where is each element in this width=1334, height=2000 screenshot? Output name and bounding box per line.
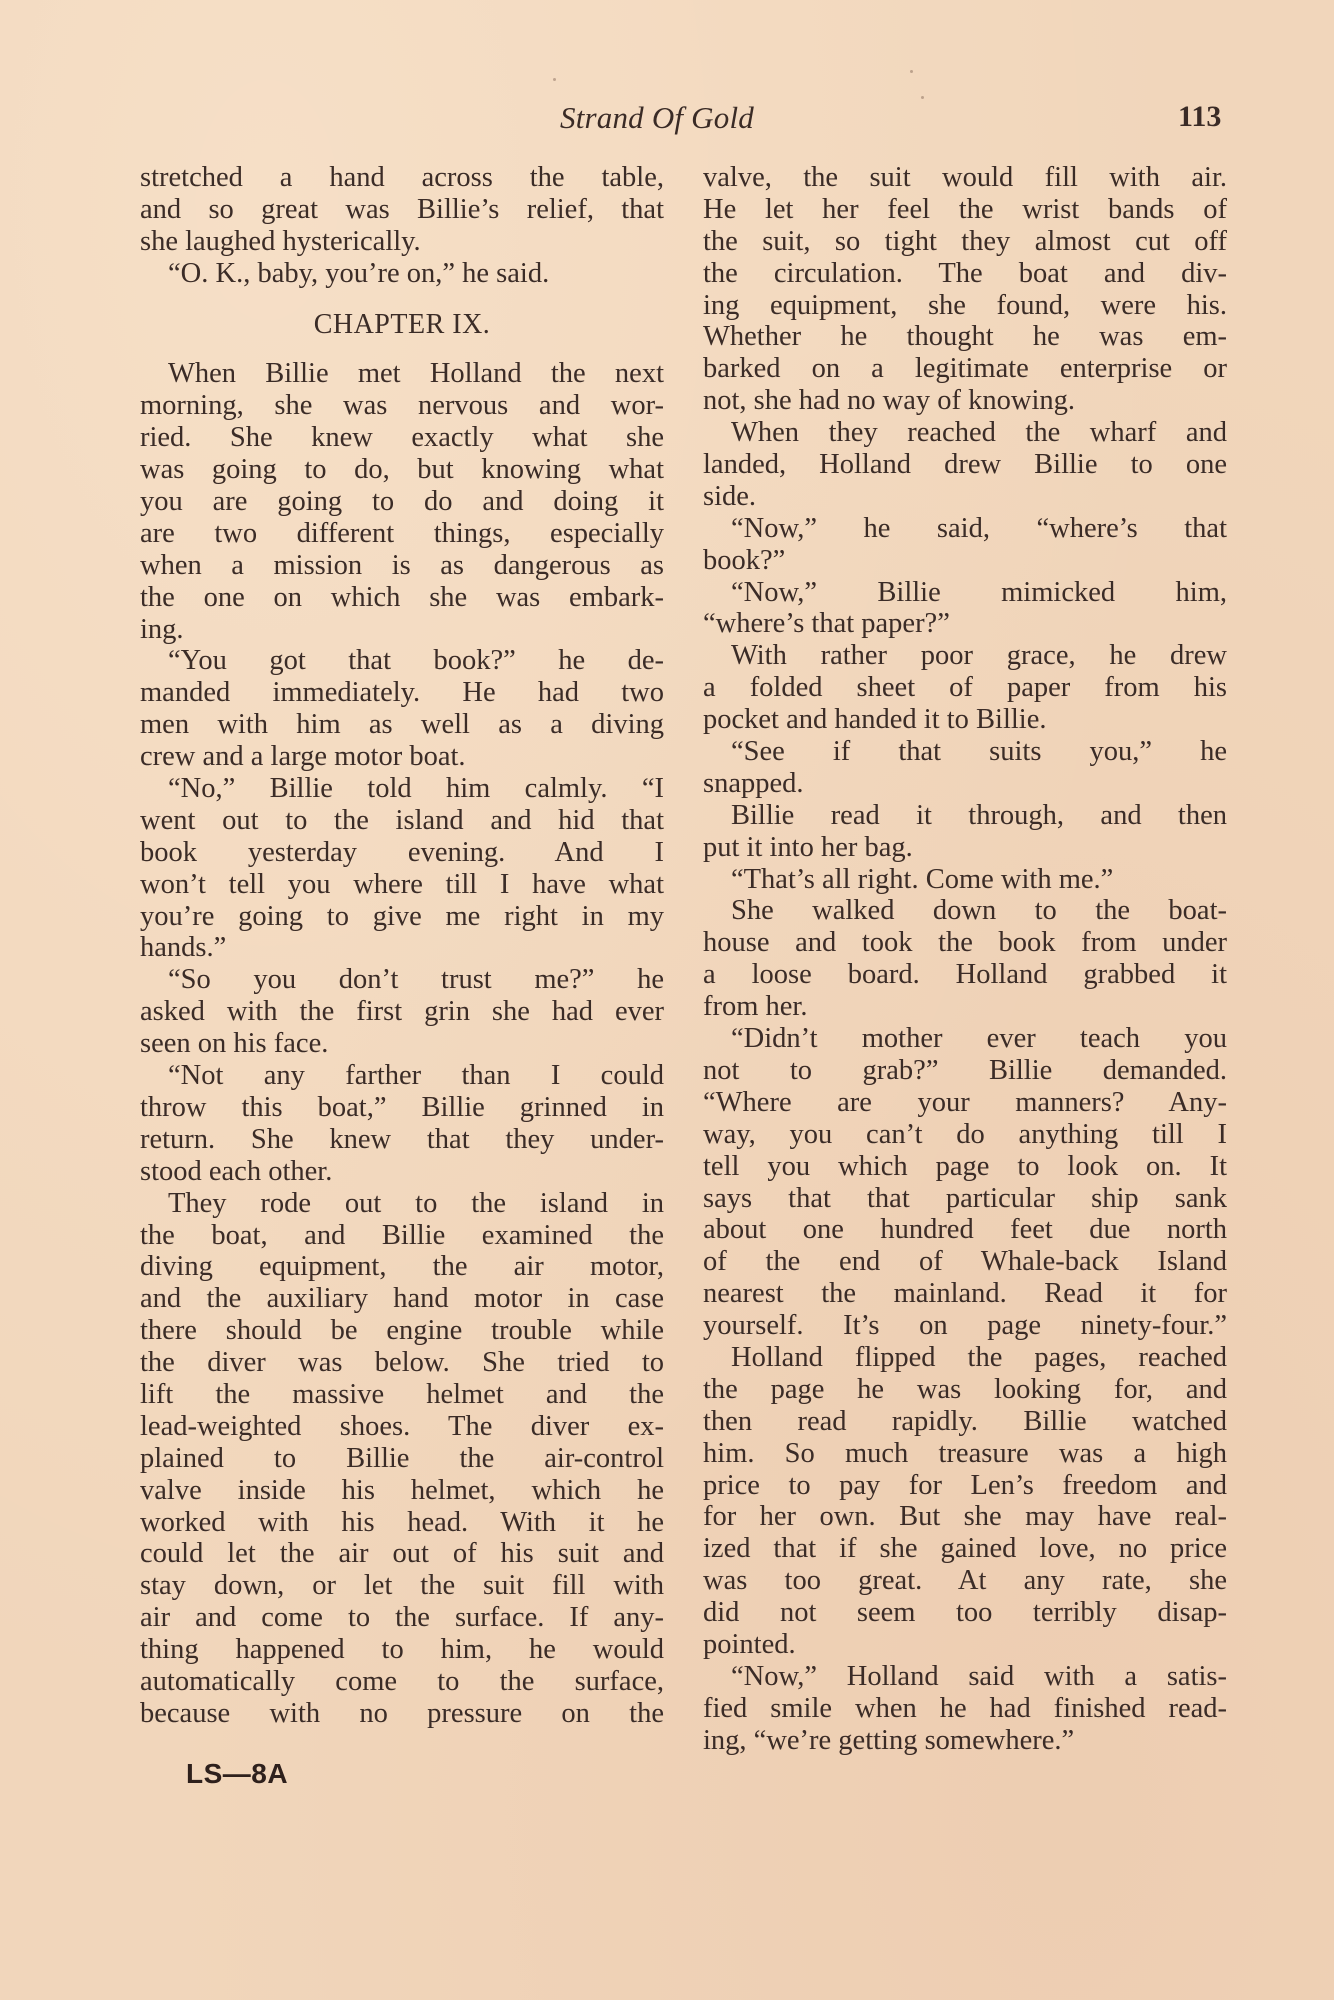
chapter-heading: CHAPTER IX. [140, 309, 664, 341]
text-line: lift the massive helmet and the [140, 1379, 664, 1411]
text-line: ized that if she gained love, no price [703, 1533, 1227, 1565]
text-line: “So you don’t trust me?” he [140, 964, 664, 996]
text-line: could let the air out of his suit and [140, 1538, 664, 1570]
text-line: morning, she was nervous and wor- [140, 390, 664, 422]
text-line: Billie read it through, and then [703, 800, 1227, 832]
text-line: was going to do, but knowing what [140, 454, 664, 486]
text-line: nearest the mainland. Read it for [703, 1278, 1227, 1310]
text-line: for her own. But she may have real- [703, 1501, 1227, 1533]
text-line: side. [703, 481, 1227, 513]
text-line: she laughed hysterically. [140, 226, 664, 258]
text-line: did not seem too terribly disap- [703, 1597, 1227, 1629]
text-line: return. She knew that they under- [140, 1124, 664, 1156]
text-line: plained to Billie the air-control [140, 1443, 664, 1475]
magazine-page: Strand Of Gold 113 stretched a hand acro… [0, 0, 1334, 2000]
text-line: “Now,” Billie mimicked him, [703, 577, 1227, 609]
text-line: “where’s that paper?” [703, 608, 1227, 640]
text-line: a loose board. Holland grabbed it [703, 959, 1227, 991]
text-line: the suit, so tight they almost cut off [703, 226, 1227, 258]
text-line: manded immediately. He had two [140, 677, 664, 709]
text-line: yourself. It’s on page ninety-four.” [703, 1310, 1227, 1342]
text-line: ried. She knew exactly what she [140, 422, 664, 454]
text-line: not, she had no way of knowing. [703, 385, 1227, 417]
text-line: there should be engine trouble while [140, 1315, 664, 1347]
text-line: With rather poor grace, he drew [703, 640, 1227, 672]
text-line: about one hundred feet due north [703, 1214, 1227, 1246]
text-line: because with no pressure on the [140, 1698, 664, 1730]
text-line: “O. K., baby, you’re on,” he said. [140, 258, 664, 290]
text-line: him. So much treasure was a high [703, 1438, 1227, 1470]
text-line: valve inside his helmet, which he [140, 1475, 664, 1507]
text-line: “Now,” he said, “where’s that [703, 513, 1227, 545]
text-line: seen on his face. [140, 1028, 664, 1060]
text-line: and the auxiliary hand motor in case [140, 1283, 664, 1315]
text-line: thing happened to him, he would [140, 1634, 664, 1666]
text-line: hands.” [140, 932, 664, 964]
text-line: ing. [140, 614, 664, 646]
text-line: pointed. [703, 1629, 1227, 1661]
text-line: “See if that suits you,” he [703, 736, 1227, 768]
text-line: house and took the book from under [703, 927, 1227, 959]
text-line: the page he was looking for, and [703, 1374, 1227, 1406]
text-line: you’re going to give me right in my [140, 901, 664, 933]
text-line: lead-weighted shoes. The diver ex- [140, 1411, 664, 1443]
text-line: automatically come to the surface, [140, 1666, 664, 1698]
printer-signature-mark: LS—8A [186, 1758, 288, 1790]
text-line: pocket and handed it to Billie. [703, 704, 1227, 736]
text-line: says that that particular ship sank [703, 1183, 1227, 1215]
text-line: the diver was below. She tried to [140, 1347, 664, 1379]
text-line: “Now,” Holland said with a satis- [703, 1661, 1227, 1693]
text-line: “Didn’t mother ever teach you [703, 1023, 1227, 1055]
text-line: diving equipment, the air motor, [140, 1251, 664, 1283]
text-line: was too great. At any rate, she [703, 1565, 1227, 1597]
text-line: stretched a hand across the table, [140, 162, 664, 194]
text-line: went out to the island and hid that [140, 805, 664, 837]
text-line: ing equipment, she found, were his. [703, 290, 1227, 322]
text-line: worked with his head. With it he [140, 1507, 664, 1539]
text-line: “You got that book?” he de- [140, 645, 664, 677]
page-number: 113 [1178, 100, 1221, 134]
text-line: valve, the suit would fill with air. [703, 162, 1227, 194]
text-line: a folded sheet of paper from his [703, 672, 1227, 704]
text-line: barked on a legitimate enterprise or [703, 353, 1227, 385]
text-line: Holland flipped the pages, reached [703, 1342, 1227, 1374]
text-line: of the end of Whale-back Island [703, 1246, 1227, 1278]
text-line: ing, “we’re getting somewhere.” [703, 1725, 1227, 1757]
paper-speck [553, 78, 556, 81]
text-line: stood each other. [140, 1156, 664, 1188]
paper-speck [910, 70, 913, 73]
text-line: asked with the first grin she had ever [140, 996, 664, 1028]
text-line: tell you which page to look on. It [703, 1151, 1227, 1183]
text-line: when a mission is as dangerous as [140, 550, 664, 582]
text-line: “That’s all right. Come with me.” [703, 864, 1227, 896]
text-line: the one on which she was embark- [140, 582, 664, 614]
text-line: from her. [703, 991, 1227, 1023]
text-line: stay down, or let the suit fill with [140, 1570, 664, 1602]
text-line: “No,” Billie told him calmly. “I [140, 773, 664, 805]
text-line: won’t tell you where till I have what [140, 869, 664, 901]
text-line: They rode out to the island in [140, 1188, 664, 1220]
paper-speck [921, 96, 924, 99]
right-text-column: valve, the suit would fill with air.He l… [703, 162, 1227, 1757]
text-line: price to pay for Len’s freedom and [703, 1470, 1227, 1502]
text-line: When they reached the wharf and [703, 417, 1227, 449]
text-line: the boat, and Billie examined the [140, 1220, 664, 1252]
text-line: men with him as well as a diving [140, 709, 664, 741]
text-line: throw this boat,” Billie grinned in [140, 1092, 664, 1124]
text-line: book yesterday evening. And I [140, 837, 664, 869]
text-line: “Not any farther than I could [140, 1060, 664, 1092]
running-title: Strand Of Gold [560, 100, 754, 136]
text-line: are two different things, especially [140, 518, 664, 550]
text-line: When Billie met Holland the next [140, 358, 664, 390]
text-line: fied smile when he had finished read- [703, 1693, 1227, 1725]
text-line: book?” [703, 545, 1227, 577]
text-line: and so great was Billie’s relief, that [140, 194, 664, 226]
text-line: air and come to the surface. If any- [140, 1602, 664, 1634]
text-line: way, you can’t do anything till I [703, 1119, 1227, 1151]
text-line: not to grab?” Billie demanded. [703, 1055, 1227, 1087]
text-line: the circulation. The boat and div- [703, 258, 1227, 290]
text-line: landed, Holland drew Billie to one [703, 449, 1227, 481]
text-line: put it into her bag. [703, 832, 1227, 864]
text-line: snapped. [703, 768, 1227, 800]
text-line: Whether he thought he was em- [703, 321, 1227, 353]
text-line: then read rapidly. Billie watched [703, 1406, 1227, 1438]
text-line: She walked down to the boat- [703, 895, 1227, 927]
left-text-column: stretched a hand across the table,and so… [140, 162, 664, 1730]
text-line: He let her feel the wrist bands of [703, 194, 1227, 226]
text-line: “Where are your manners? Any- [703, 1087, 1227, 1119]
text-line: you are going to do and doing it [140, 486, 664, 518]
text-line: crew and a large motor boat. [140, 741, 664, 773]
